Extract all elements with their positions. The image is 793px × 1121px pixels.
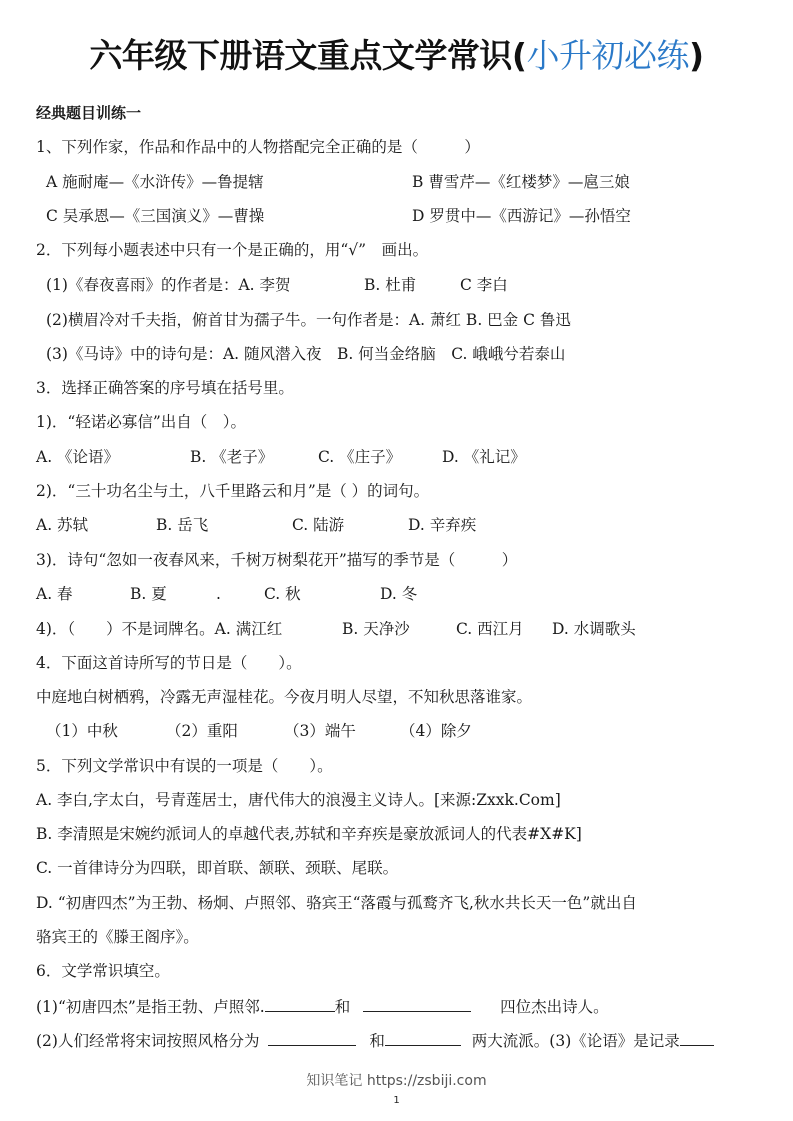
q6-blank-1[interactable] <box>265 996 335 1012</box>
q5-option-d-continued: 骆宾王的《滕王阁序》。 <box>36 927 199 947</box>
q3-sub2-option-a: A. 苏轼 <box>36 515 88 535</box>
q1-option-a: A 施耐庵—《水浒传》—鲁提辖 <box>46 172 264 192</box>
title-close: ) <box>689 36 704 75</box>
q5-option-a: A. 李白,字太白，号青莲居士，唐代伟大的浪漫主义诗人。[来源:Zxxk.Com… <box>36 790 561 810</box>
q5-stem: 5．下列文学常识中有误的一项是（ ）。 <box>36 756 333 776</box>
q6-line-2: (2)人们经常将宋词按照风格分为 和 两大流派。(3)《论语》是记录 <box>36 1030 714 1051</box>
q2-item-2: (2)横眉冷对千夫指，俯首甘为孺子牛。一句作者是：A. 萧红 B. 巴金 C 鲁… <box>46 310 571 330</box>
q1-option-d: D 罗贯中—《西游记》—孙悟空 <box>412 206 631 226</box>
q6-stem: 6．文学常识填空。 <box>36 961 170 981</box>
q3-sub4-option-c: C. 西江月 <box>456 619 524 639</box>
q4-option-4: （4）除夕 <box>400 721 472 741</box>
q4-option-1: （1）中秋 <box>46 721 118 741</box>
q5-option-c: C. 一首律诗分为四联，即首联、颔联、颈联、尾联。 <box>36 858 398 878</box>
section-heading: 经典题目训练一 <box>36 103 141 123</box>
q4-stem: 4．下面这首诗所写的节日是（ ）。 <box>36 653 302 673</box>
q2-item-1-a: (1)《春夜喜雨》的作者是：A. 李贺 <box>46 275 291 295</box>
q3-sub3-option-d: D. 冬 <box>380 584 417 604</box>
q3-sub3-option-a: A. 春 <box>36 584 73 604</box>
q4-option-3: （3）端午 <box>284 721 356 741</box>
q3-sub2-option-c: C. 陆游 <box>292 515 344 535</box>
title-accent: 小升初必练 <box>527 36 690 75</box>
q3-sub3-stray-dot: . <box>216 584 221 604</box>
page-number: 1 <box>0 1095 793 1106</box>
q1-stem: 1、下列作家，作品和作品中的人物搭配完全正确的是（ ） <box>36 137 480 157</box>
q6-blank-3[interactable] <box>268 1030 356 1046</box>
q2-item-1-b: B. 杜甫 <box>364 275 416 295</box>
q3-sub1-option-a: A. 《论语》 <box>36 447 119 467</box>
q6-line2-text-a: (2)人们经常将宋词按照风格分为 <box>36 1032 259 1050</box>
q3-sub3-option-c: C. 秋 <box>264 584 301 604</box>
q6-blank-5[interactable] <box>680 1030 714 1046</box>
q5-option-b: B. 李清照是宋婉约派词人的卓越代表,苏轼和辛弃疾是豪放派词人的代表#X#K] <box>36 824 582 844</box>
q3-sub1-option-c: C. 《庄子》 <box>318 447 401 467</box>
q6-line-1: (1)“初唐四杰”是指王勃、卢照邻.和 四位杰出诗人。 <box>36 996 609 1017</box>
q3-sub4-option-b: B. 天净沙 <box>342 619 410 639</box>
q6-line1-text-c: 四位杰出诗人。 <box>500 998 609 1016</box>
q2-stem: 2．下列每小题表述中只有一个是正确的，用“√” 画出。 <box>36 240 428 260</box>
q6-line1-text-a: (1)“初唐四杰”是指王勃、卢照邻. <box>36 998 265 1016</box>
q1-option-c: C 吴承恩—《三国演义》—曹操 <box>46 206 264 226</box>
q6-line2-text-b: 和 <box>369 1032 385 1050</box>
q6-blank-4[interactable] <box>385 1030 461 1046</box>
q3-sub3-stem: 3)．诗句“忽如一夜春风来，千树万树梨花开”描写的季节是（ ） <box>36 550 517 570</box>
footer-watermark: 知识笔记 https://zsbiji.com <box>0 1070 793 1090</box>
q3-sub2-option-d: D. 辛弃疾 <box>408 515 476 535</box>
q3-sub3-option-b: B. 夏 <box>130 584 167 604</box>
q4-poem: 中庭地白树栖鸦，冷露无声湿桂花。今夜月明人尽望，不知秋思落谁家。 <box>36 687 532 707</box>
q1-option-b: B 曹雪芹—《红楼梦》—扈三娘 <box>412 172 630 192</box>
title-main: 六年级下册语文重点文学常识( <box>89 36 526 75</box>
page-title: 六年级下册语文重点文学常识(小升初必练) <box>0 30 793 77</box>
q3-sub2-option-b: B. 岳飞 <box>156 515 208 535</box>
q3-sub1-option-b: B. 《老子》 <box>190 447 273 467</box>
q3-sub4-option-d: D. 水调歌头 <box>552 619 636 639</box>
q3-sub1-option-d: D. 《礼记》 <box>442 447 526 467</box>
q3-stem: 3．选择正确答案的序号填在括号里。 <box>36 378 294 398</box>
q3-sub2-stem: 2)．“三十功名尘与土，八千里路云和月”是（ ）的词句。 <box>36 481 429 501</box>
q3-sub4-stem: 4)．（ ）不是词牌名。A. 满江红 <box>36 619 282 639</box>
q6-blank-2[interactable] <box>363 996 471 1012</box>
q4-option-2: （2）重阳 <box>166 721 238 741</box>
q5-option-d: D. “初唐四杰”为王勃、杨炯、卢照邻、骆宾王“落霞与孤鹜齐飞,秋水共长天一色”… <box>36 893 637 913</box>
q6-line2-text-c: 两大流派。(3)《论语》是记录 <box>472 1032 680 1050</box>
q2-item-1-c: C 李白 <box>460 275 508 295</box>
q3-sub1-stem: 1)．“轻诺必寡信”出自（ ）。 <box>36 412 246 432</box>
q6-line1-text-b: 和 <box>335 998 351 1016</box>
q2-item-3: (3)《马诗》中的诗句是：A. 随风潜入夜 B. 何当金络脑 C. 峨峨兮若泰山 <box>46 344 565 364</box>
